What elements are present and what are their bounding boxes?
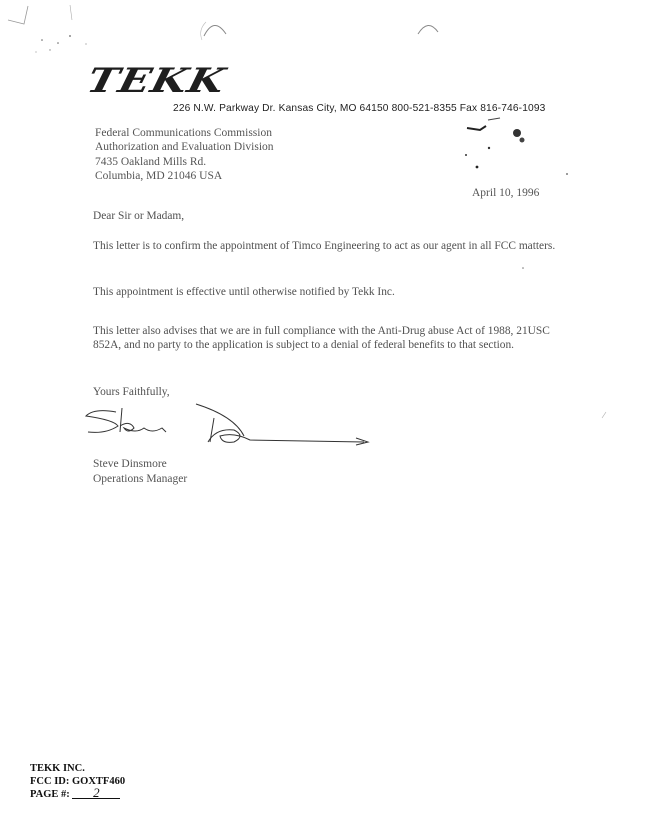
body-paragraph: This letter is to confirm the appointmen…	[93, 240, 568, 254]
document-footer: TEKK INC. FCC ID: GOXTF460 PAGE #: 2	[30, 762, 125, 801]
letterhead-address: 226 N.W. Parkway Dr. Kansas City, MO 641…	[173, 103, 545, 114]
company-logo: TEKK	[84, 64, 229, 98]
recipient-line: Authorization and Evaluation Division	[95, 140, 274, 154]
signer-name: Steve Dinsmore	[93, 457, 187, 472]
signer-title: Operations Manager	[93, 472, 187, 487]
footer-page: PAGE #: 2	[30, 788, 125, 801]
recipient-address: Federal Communications Commission Author…	[95, 126, 274, 183]
signature	[84, 398, 384, 453]
recipient-line: Columbia, MD 21046 USA	[95, 169, 274, 183]
footer-company: TEKK INC.	[30, 762, 125, 775]
recipient-line: 7435 Oakland Mills Rd.	[95, 155, 274, 169]
page-label: PAGE #:	[30, 789, 70, 800]
footer-fcc-id: FCC ID: GOXTF460	[30, 775, 125, 788]
body-paragraph: This letter also advises that we are in …	[93, 325, 568, 352]
page-number: 2	[72, 788, 120, 799]
salutation: Dear Sir or Madam,	[93, 210, 568, 224]
signer-block: Steve Dinsmore Operations Manager	[93, 457, 187, 486]
recipient-line: Federal Communications Commission	[95, 126, 274, 140]
body-paragraph: This appointment is effective until othe…	[93, 286, 568, 300]
letter-date: April 10, 1996	[472, 187, 539, 199]
